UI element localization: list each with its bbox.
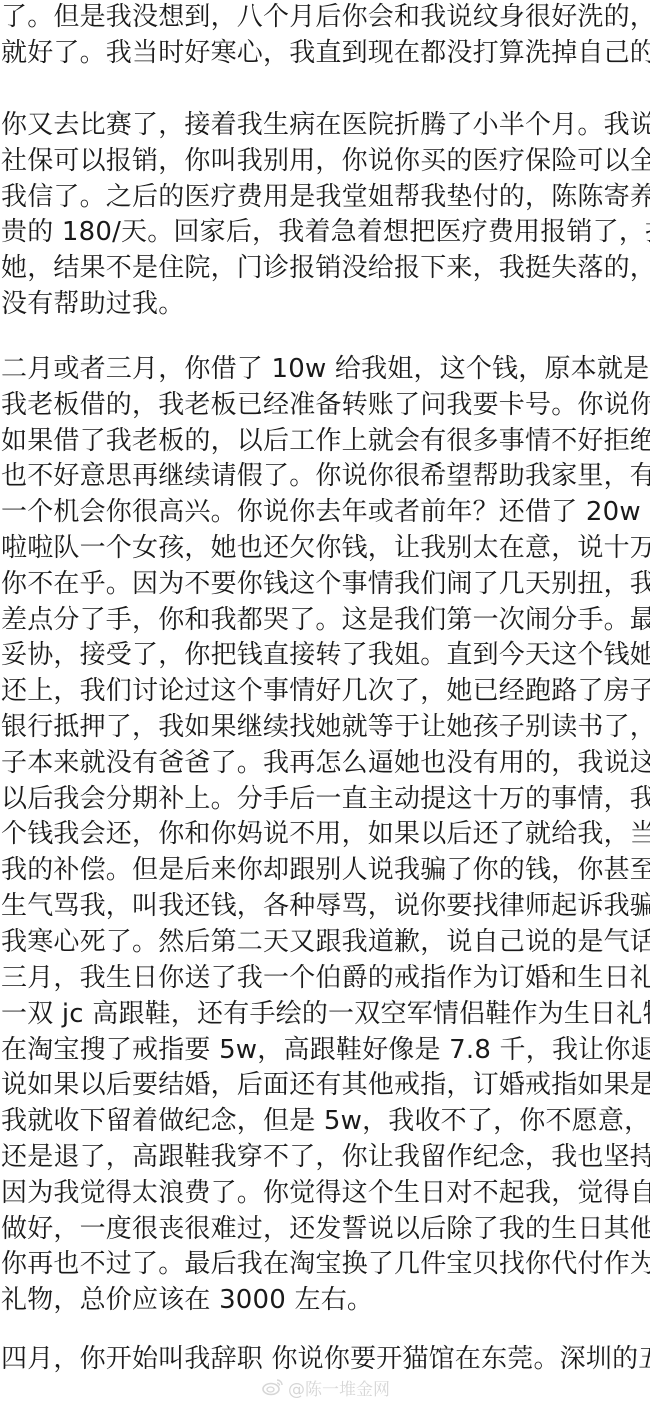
text-line: 她，结果不是住院，门诊报销没给报下来，我挺失落的，但你: [1, 251, 649, 287]
text-line: 做好，一度很丧很难过，还发誓说以后除了我的生日其他生日: [1, 1212, 649, 1248]
text-line: 二月或者三月，你借了 10w 给我姐，这个钱，原本就是我姐给: [1, 352, 649, 388]
text-line: 一个机会你很高兴。你说你去年或者前年？还借了 20w 给你们: [1, 495, 649, 531]
text-line: 四月，你开始叫我辞职 你说你要开猫馆在东莞。深圳的五月一: [1, 1342, 649, 1378]
text-line: 我信了。之后的医疗费用是我堂姐帮我垫付的，陈陈寄养也蛮: [1, 180, 649, 216]
watermark-text: @陈一堆金网: [288, 1375, 390, 1400]
text-line: 如果借了我老板的，以后工作上就会有很多事情不好拒绝他，: [1, 424, 649, 460]
text-line: 还是退了，高跟鞋我穿不了，你让我留作纪念，我也坚持退了，: [1, 1140, 649, 1176]
text-line: 也不好意思再继续请假了。你说你很希望帮助我家里，有这样: [1, 459, 649, 495]
text-line: 我的补偿。但是后来你却跟别人说我骗了你的钱，你甚至有次: [1, 853, 649, 889]
paragraph-april: 四月，你开始叫我辞职 你说你要开猫馆在东莞。深圳的五月一: [1, 1342, 649, 1378]
text-line: 生气骂我，叫我还钱，各种辱骂，说你要找律师起诉我骗你钱，: [1, 889, 649, 925]
text-line: 我寒心死了。然后第二天又跟我道歉，说自己说的是气话。: [1, 925, 649, 961]
text-line: 贵的 180/天。回家后，我着急着想把医疗费用报销了，把钱还给: [1, 215, 649, 251]
text-line: 因为我觉得太浪费了。你觉得这个生日对不起我，觉得自己没: [1, 1176, 649, 1212]
text-line: 差点分了手，你和我都哭了。这是我们第一次闹分手。最后我: [1, 603, 649, 639]
text-line: 以后我会分期补上。分手后一直主动提这十万的事情，我说这: [1, 782, 649, 818]
text-line: 你不在乎。因为不要你钱这个事情我们闹了几天别扭，我们还: [1, 567, 649, 603]
text-line: 个钱我会还，你和你妈说不用，如果以后还了就给我，当作对: [1, 817, 649, 853]
text-line: 妥协，接受了，你把钱直接转了我姐。直到今天这个钱她没有: [1, 638, 649, 674]
text-line: 子本来就没有爸爸了。我再怎么逼她也没有用的，我说这个钱: [1, 746, 649, 782]
text-line: 社保可以报销，你叫我别用，你说你买的医疗保险可以全报，: [1, 144, 649, 180]
paragraph-hospital: 你又去比赛了，接着我生病在医院折腾了小半个月。我说我有 社保可以报销，你叫我别用…: [1, 108, 649, 323]
text-line: 我就收下留着做纪念，但是 5w，我收不了，你不愿意，但最后: [1, 1104, 649, 1140]
text-line: 礼物，总价应该在 3000 左右。: [1, 1283, 649, 1319]
text-line: 在淘宝搜了戒指要 5w，高跟鞋好像是 7.8 千，我让你退了，我: [1, 1033, 649, 1069]
text-line: 你又去比赛了，接着我生病在医院折腾了小半个月。我说我有: [1, 108, 649, 144]
text-line: 银行抵押了，我如果继续找她就等于让她孩子别读书了，那孩: [1, 710, 649, 746]
text-line: 你再也不过了。最后我在淘宝换了几件宝贝找你代付作为生日: [1, 1247, 649, 1283]
text-line: 三月，我生日你送了我一个伯爵的戒指作为订婚和生日礼物，: [1, 961, 649, 997]
watermark: @陈一堆金网: [262, 1376, 390, 1398]
text-line: 说如果以后要结婚，后面还有其他戒指，订婚戒指如果是五千: [1, 1068, 649, 1104]
text-line: 还上，我们讨论过这个事情好几次了，她已经跑路了房子都被: [1, 674, 649, 710]
text-line: 没有帮助过我。: [1, 287, 649, 323]
text-line: 我老板借的，我老板已经准备转账了问我要卡号。你说你借，: [1, 388, 649, 424]
text-line: 啦啦队一个女孩，她也还欠你钱，让我别太在意，说十万块钱: [1, 531, 649, 567]
paragraph-loan: 二月或者三月，你借了 10w 给我姐，这个钱，原本就是我姐给 我老板借的，我老板…: [1, 352, 649, 961]
weibo-icon: [262, 1378, 284, 1396]
paragraph-birthday: 三月，我生日你送了我一个伯爵的戒指作为订婚和生日礼物， 一双 jc 高跟鞋，还有…: [1, 961, 649, 1319]
paragraph-tattoo: 了。但是我没想到，八个月后你会和我说纹身很好洗的，洗了 就好了。我当时好寒心，我…: [1, 0, 649, 72]
text-line: 一双 jc 高跟鞋，还有手绘的一双空军情侣鞋作为生日礼物。我: [1, 997, 649, 1033]
text-line: 就好了。我当时好寒心，我直到现在都没打算洗掉自己的纹身。: [1, 36, 649, 72]
text-line: 了。但是我没想到，八个月后你会和我说纹身很好洗的，洗了: [1, 0, 649, 36]
